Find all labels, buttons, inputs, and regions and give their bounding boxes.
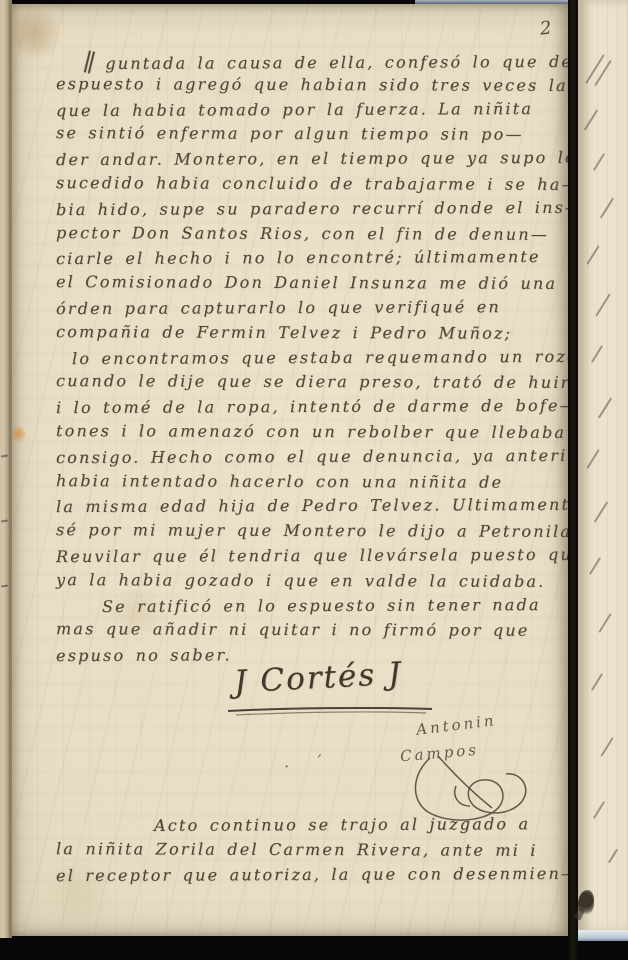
manuscript-line: sucedido habia concluido de trabajarme i…: [56, 171, 561, 198]
manuscript-line: ∥guntada la causa de ella, confesó lo qu…: [84, 47, 561, 74]
stroke-fragment: [593, 801, 605, 819]
stroke-fragment: [595, 293, 610, 316]
left-page-edge: [0, 0, 12, 938]
pen-mark: [1, 455, 8, 458]
closing-paragraph: Acto continuo se trajo al juzgado a la n…: [56, 812, 561, 887]
manuscript-page: 2 ∥guntada la causa de ella, confesó lo …: [12, 4, 568, 936]
manuscript-line: órden para capturarlo lo que verifiqué e…: [56, 295, 561, 322]
manuscript-line: mas que añadir ni quitar i no firmó por …: [56, 617, 561, 644]
scan-edge-blue-strip: [578, 930, 628, 941]
manuscript-line: el receptor que autoriza, la que con des…: [56, 861, 561, 888]
manuscript-line: compañia de Fermin Telvez i Pedro Muñoz;: [56, 320, 561, 347]
manuscript-line: Se ratificó en lo espuesto sin tener nad…: [102, 593, 561, 620]
stroke-fragment: [589, 557, 601, 575]
pen-mark: [1, 585, 8, 588]
manuscript-line: i lo tomé de la ropa, intentó de darme d…: [56, 394, 561, 421]
stroke-fragment: [598, 397, 612, 418]
stroke-fragment: [600, 737, 613, 757]
stroke-fragment: [608, 849, 618, 864]
adjacent-page-strip: [578, 0, 628, 932]
manuscript-line: se sintió enferma por algun tiempo sin p…: [56, 122, 561, 149]
manuscript-line: espuesto i agregó que habian sido tres v…: [56, 72, 561, 99]
manuscript-line: bia hido, supe su paradero recurrí donde…: [56, 196, 561, 223]
manuscript-line: la niñita Zorila del Carmen Rivera, ante…: [56, 836, 561, 863]
scanned-manuscript-photo: 2 ∥guntada la causa de ella, confesó lo …: [0, 0, 628, 960]
stroke-fragment: [598, 613, 611, 633]
stroke-fragment: [586, 449, 599, 469]
pen-dots: · ˊ: [283, 751, 333, 777]
page-gap-shadow: [568, 0, 578, 960]
manuscript-line: lo encontramos que estaba requemando un …: [72, 344, 561, 371]
page-number: 2: [539, 17, 553, 39]
manuscript-line: la misma edad hija de Pedro Telvez. Ulti…: [56, 493, 561, 520]
manuscript-line: Acto continuo se trajo al juzgado a: [154, 811, 561, 838]
manuscript-line: habia intentado hacerlo con una niñita d…: [56, 469, 561, 496]
manuscript-line: ciarle el hecho i no lo encontré; última…: [56, 245, 561, 272]
stroke-fragment: [600, 197, 614, 218]
stroke-fragment: [591, 673, 603, 691]
pen-mark: [1, 520, 8, 523]
paper-stain: [8, 4, 60, 62]
paper-stain: [10, 426, 26, 442]
manuscript-line: Reuvilar que él tendria que llevársela p…: [56, 543, 561, 570]
manuscript-line: consigo. Hecho como el que denuncia, ya …: [56, 444, 561, 471]
stroke-fragment: [584, 109, 598, 130]
stroke-fragment: [594, 501, 608, 522]
stroke-fragment: [585, 54, 605, 84]
signature-cortes: J Cortés J: [233, 656, 403, 701]
manuscript-text-block: ∥guntada la causa de ella, confesó lo qu…: [56, 48, 561, 668]
manuscript-line: der andar. Montero, en el tiempo que ya …: [56, 146, 561, 173]
ink-blot: [578, 890, 594, 916]
stroke-fragment: [586, 245, 599, 265]
signature-underline: [226, 704, 436, 718]
manuscript-line: pector Don Santos Rios, con el fin de de…: [56, 221, 561, 248]
manuscript-line: cuando le dije que se diera preso, trató…: [56, 369, 561, 396]
manuscript-line: tones i lo amenazó con un rebolber que l…: [56, 419, 561, 446]
manuscript-line-text: guntada la causa de ella, confesó lo que…: [105, 52, 592, 73]
manuscript-line: ya la habia gozado i que en valde la cui…: [56, 568, 561, 595]
stroke-fragment: [593, 153, 605, 171]
manuscript-line: el Comisionado Don Daniel Insunza me dió…: [56, 270, 561, 297]
manuscript-line: sé por mi mujer que Montero le dijo a Pe…: [56, 518, 561, 545]
manuscript-line: que la habia tomado por la fuerza. La ni…: [56, 96, 561, 123]
stroke-fragment: [591, 345, 603, 363]
